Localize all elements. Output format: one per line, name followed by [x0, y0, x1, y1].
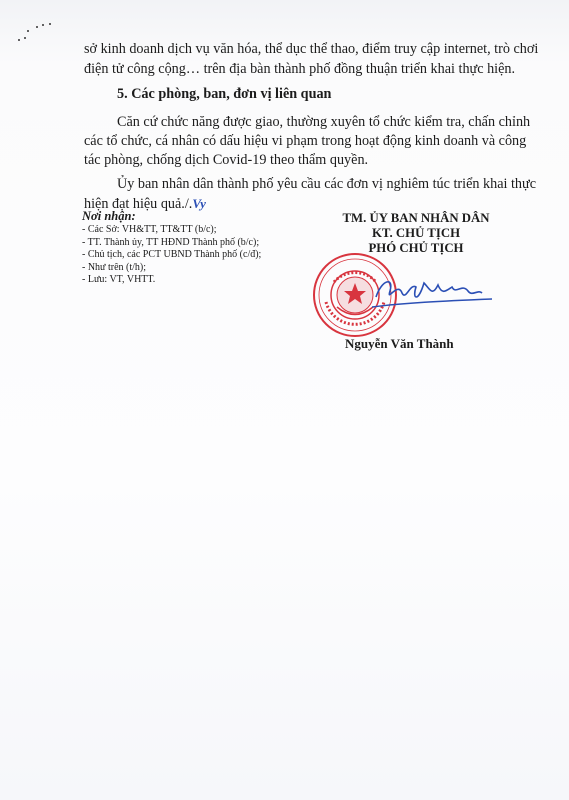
- recipient-item: - Các Sở: VH&TT, TT&TT (b/c);: [82, 224, 261, 237]
- recipients-block: Nơi nhận: - Các Sở: VH&TT, TT&TT (b/c); …: [82, 209, 261, 287]
- paragraph-line: Ủy ban nhân dân thành phố yêu cầu các đơ…: [117, 175, 536, 194]
- paragraph-line: tác phòng, chống dịch Covid-19 theo thẩm…: [84, 151, 368, 170]
- signer-name: Nguyễn Văn Thành: [345, 336, 454, 352]
- handwritten-signature-icon: [372, 273, 496, 313]
- paragraph-line: các tổ chức, cá nhân có dấu hiệu vi phạm…: [84, 132, 526, 151]
- recipient-item: - TT. Thành ủy, TT HĐND Thành phố (b/c);: [82, 237, 261, 250]
- paragraph-line: sở kinh doanh dịch vụ văn hóa, thể dục t…: [84, 40, 538, 59]
- section-heading: 5. Các phòng, ban, đơn vị liên quan: [117, 85, 331, 104]
- paragraph-line: Căn cứ chức năng được giao, thường xuyên…: [117, 113, 530, 132]
- recipients-title: Nơi nhận:: [82, 209, 261, 224]
- signature-line2: KT. CHỦ TỊCH: [316, 226, 516, 241]
- signature-block: TM. ỦY BAN NHÂN DÂN KT. CHỦ TỊCH PHÓ CHỦ…: [316, 211, 516, 256]
- document-page: sở kinh doanh dịch vụ văn hóa, thể dục t…: [0, 0, 569, 800]
- paragraph-line: điện tử công cộng… trên địa bàn thành ph…: [84, 60, 515, 79]
- signature-line1: TM. ỦY BAN NHÂN DÂN: [316, 211, 516, 226]
- recipient-item: - Lưu: VT, VHTT.: [82, 274, 261, 287]
- recipient-item: - Chủ tịch, các PCT UBND Thành phố (c/đ)…: [82, 249, 261, 262]
- recipient-item: - Như trên (t/h);: [82, 262, 261, 275]
